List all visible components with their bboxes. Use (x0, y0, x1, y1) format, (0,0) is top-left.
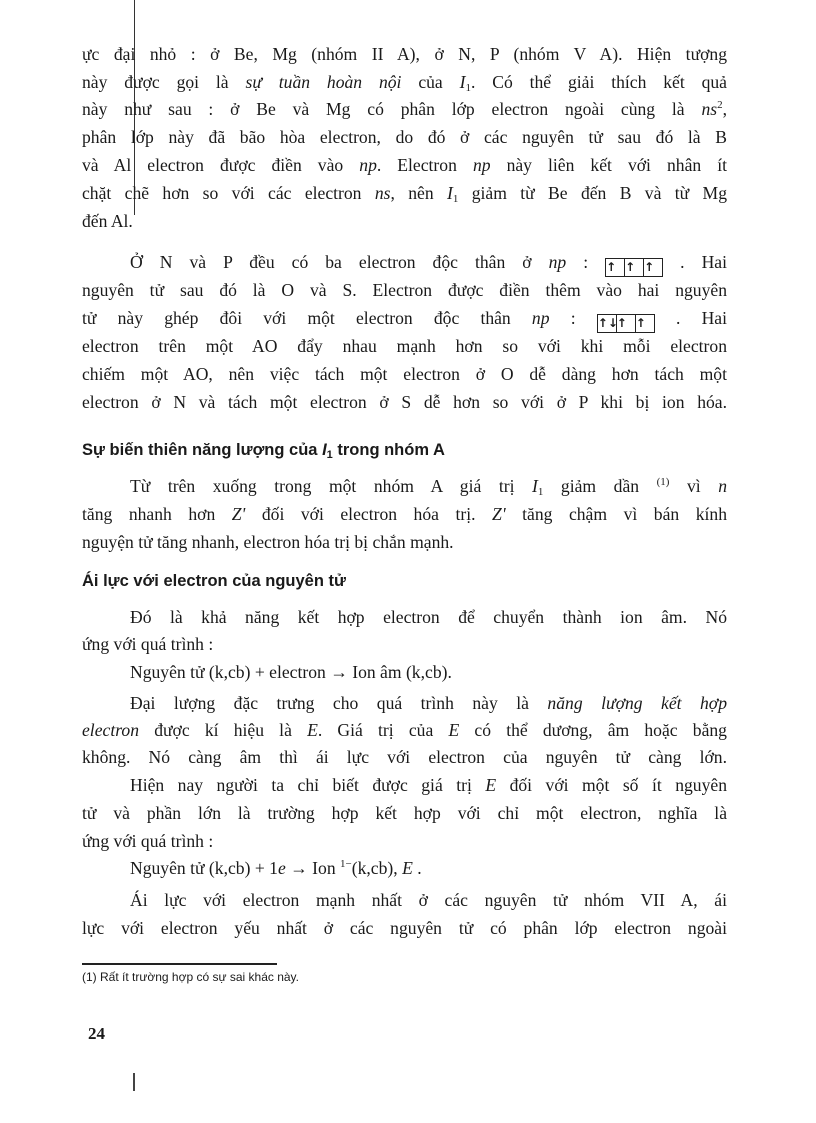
orbital-diagram-three-unpaired: ↑↑↑ (605, 258, 663, 277)
text-line: không. Nó càng âm thì ái lực với electro… (82, 745, 727, 769)
text: đối với một số ít nguyên (496, 775, 727, 795)
text: Đại lượng đặc trưng cho quá trình này là (130, 693, 547, 713)
text: vì (669, 476, 718, 496)
text-line: Từ trên xuống trong một nhóm A giá trị I… (82, 474, 727, 498)
symbol-E: E (307, 720, 318, 740)
symbol-Z: Z' (232, 504, 246, 524)
text: tăng chậm vì bán kính (506, 504, 727, 524)
symbol-E: E (485, 775, 496, 795)
page-number: 24 (88, 1024, 105, 1044)
text-line: phân lớp này đã bão hòa electron, do đó … (82, 125, 727, 149)
text: : (550, 308, 576, 328)
text: giảm từ Be đến B và từ Mg (458, 183, 727, 203)
text: có thể dương, âm hoặc bằng (459, 720, 727, 740)
text-line: Ở N và P đều có ba electron độc thân ở n… (82, 250, 727, 277)
spin-up-arrow-icon: ↑ (617, 315, 636, 332)
text: . Giá trị của (318, 720, 449, 740)
orbital-diagram-one-paired: ↑↓↑↑ (597, 314, 655, 333)
text: và Al electron được điền vào (82, 155, 359, 175)
text: của (401, 72, 459, 92)
text-line: này như sau : ở Be và Mg có phân lớp ele… (82, 97, 727, 121)
text: . Hai (680, 252, 727, 272)
text-line: Đó là khả năng kết hợp electron để chuyể… (82, 605, 727, 629)
text: được kí hiệu là (139, 720, 307, 740)
symbol-n: n (718, 476, 727, 496)
text: . Electron (377, 155, 473, 175)
text-line: tử này ghép đôi với một electron độc thâ… (82, 306, 727, 333)
equation-line: Nguyên tử (k,cb) + 1e → Ion 1−(k,cb), E … (82, 856, 727, 880)
charge-superscript: 1− (340, 858, 352, 870)
text: đối với electron hóa trị. (245, 504, 492, 524)
symbol-np: np (359, 155, 377, 175)
text-line: Đại lượng đặc trưng cho quá trình này là… (82, 691, 727, 715)
symbol-E: E (402, 858, 413, 878)
footnote-divider (82, 963, 277, 965)
text: Hiện nay người ta chỉ biết được giá trị (130, 775, 485, 795)
text-line: nguyện tử tăng nhanh, electron hóa trị b… (82, 530, 727, 554)
text: Ở N và P đều có ba electron độc thân ở (130, 252, 549, 272)
text-line: này được gọi là sự tuần hoàn nội của I1.… (82, 70, 727, 94)
text-line: electron trên một AO đẩy nhau mạnh hơn s… (82, 334, 727, 358)
spin-pair-arrows-icon: ↑↓ (598, 315, 617, 332)
text: này như sau : ở Be và Mg có phân lớp ele… (82, 99, 701, 119)
text: này liên kết với nhân ít (491, 155, 727, 175)
symbol-E: E (448, 720, 459, 740)
text: tử này ghép đôi với một electron độc thâ… (82, 308, 532, 328)
spin-up-arrow-icon: ↑ (606, 259, 625, 276)
text-line: lực với electron yếu nhất ở các nguyên t… (82, 916, 727, 940)
text-line: nguyên tử sau đó là O và S. Electron đượ… (82, 278, 727, 302)
text: . Có thể giải thích kết quả (471, 72, 727, 92)
text: , (723, 99, 727, 119)
symbol-e: e (278, 858, 286, 878)
text: : (566, 252, 588, 272)
symbol-np: np (473, 155, 491, 175)
text: (k,cb), (352, 858, 402, 878)
text: Từ trên xuống trong một nhóm A giá trị (130, 476, 532, 496)
text: tăng nhanh hơn (82, 504, 232, 524)
text: trong nhóm A (333, 441, 445, 459)
text-line: tăng nhanh hơn Z' đối với electron hóa t… (82, 502, 727, 526)
text: chặt chẽ hơn so với các electron (82, 183, 375, 203)
symbol-np: np (549, 252, 567, 272)
text: → Ion (286, 858, 340, 878)
text: , nên (391, 183, 448, 203)
text-line: tử và phần lớn là trường hợp kết hợp với… (82, 801, 727, 825)
footnote-ref[interactable]: (1) (657, 476, 670, 488)
italic-term: electron (82, 720, 139, 740)
text: . (413, 858, 422, 878)
text-line: electron được kí hiệu là E. Giá trị của … (82, 718, 727, 742)
symbol-Z: Z' (492, 504, 506, 524)
footnote: (1) Rất ít trường hợp có sự sai khác này… (82, 969, 299, 985)
text-line: đến Al. (82, 209, 727, 233)
text: Nguyên tử (k,cb) + 1 (130, 858, 278, 878)
equation-line: Nguyên tử (k,cb) + electron → Ion âm (k,… (82, 660, 727, 684)
text-line: và Al electron được điền vào np. Electro… (82, 153, 727, 177)
symbol-ns: ns (701, 99, 717, 119)
section-heading: Ái lực với electron của nguyên tử (82, 570, 346, 592)
italic-term: năng lượng kết hợp (547, 693, 727, 713)
text: này được gọi là (82, 72, 245, 92)
spin-up-arrow-icon: ↑ (636, 315, 654, 332)
text-line: electron ở N và tách một electron ở S dễ… (82, 390, 727, 414)
text-line: Hiện nay người ta chỉ biết được giá trị … (82, 773, 727, 797)
scan-artifact-tick (133, 1073, 135, 1091)
text: Sự biến thiên năng lượng của (82, 441, 322, 459)
spin-up-arrow-icon: ↑ (644, 259, 662, 276)
symbol-np: np (532, 308, 550, 328)
text-line: ứng với quá trình : (82, 632, 727, 656)
italic-term: sự tuần hoàn nội (245, 72, 401, 92)
text-line: Ái lực với electron mạnh nhất ở các nguy… (82, 888, 727, 912)
text-line: ực đại nhỏ : ở Be, Mg (nhóm II A), ở N, … (82, 42, 727, 66)
text: giảm dần (543, 476, 656, 496)
symbol-ns: ns (375, 183, 391, 203)
spin-up-arrow-icon: ↑ (625, 259, 644, 276)
text-line: chặt chẽ hơn so với các electron ns, nên… (82, 181, 727, 205)
text-line: ứng với quá trình : (82, 829, 727, 853)
text: . Hai (676, 308, 727, 328)
text-line: chiếm một AO, nên việc tách một electron… (82, 362, 727, 386)
document-page: ực đại nhỏ : ở Be, Mg (nhóm II A), ở N, … (0, 0, 816, 1123)
section-heading: Sự biến thiên năng lượng của I1 trong nh… (82, 439, 445, 461)
